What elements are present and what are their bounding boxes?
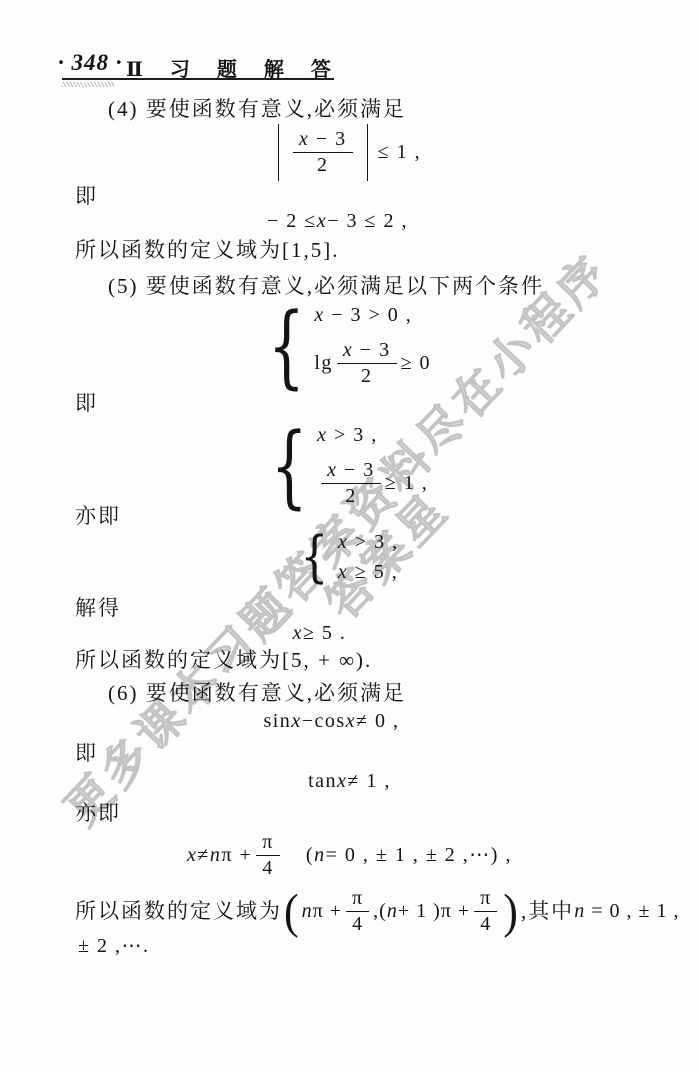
pi-plus: π +: [221, 843, 252, 868]
connector-ji-2: 即: [75, 390, 98, 416]
ineq-post: − 3 ≤ 2 ,: [327, 209, 408, 234]
denominator: 4: [346, 911, 369, 937]
formula-tan: tan x ≠ 1 ,: [0, 769, 699, 794]
formula-abs-inequality: x − 3 2 ≤ 1 ,: [0, 124, 699, 181]
row-rest: ≥ 1 ,: [385, 471, 428, 496]
section5-intro: (5) 要使函数有意义,必须满足以下两个条件: [108, 273, 544, 299]
section6-conclusion: 所以函数的定义域为 ( n π + π 4 , ( n + 1 ) π + π …: [75, 886, 679, 937]
pi-plus: π +: [313, 899, 342, 924]
conclusion-mid: ,其中: [521, 898, 574, 924]
row-rest: ≥ 0: [401, 351, 431, 376]
formula-rest: ≠ 1 ,: [347, 769, 390, 794]
var-n: n: [302, 899, 313, 924]
formula-unwrapped-inequality: − 2 ≤ x − 3 ≤ 2 ,: [0, 209, 687, 234]
var-x: x: [291, 709, 301, 734]
fraction-pi-over-4: π 4: [256, 830, 280, 881]
row-rest: − 3 > 0 ,: [325, 304, 413, 326]
result-rest: ≥ 5 .: [303, 621, 346, 646]
denominator: 4: [256, 855, 280, 881]
left-brace: {: [268, 301, 306, 391]
var-n: n: [387, 899, 398, 924]
big-right-paren: ): [503, 887, 519, 935]
fn-sin: sin: [263, 709, 291, 734]
cond-rest: = 0 , ± 1 , ± 2 ,⋯) ,: [326, 843, 512, 868]
var-n: n: [314, 843, 326, 868]
system1-row1: x − 3 > 0 ,: [314, 303, 412, 328]
denominator: 2: [321, 483, 381, 509]
var-x: x: [314, 304, 324, 326]
formula-result: x ≥ 5 .: [0, 621, 669, 646]
var-x: x: [343, 339, 353, 361]
big-left-paren: (: [284, 887, 300, 935]
numerator: π: [346, 886, 369, 911]
num-rest: − 3: [309, 128, 346, 150]
header-rule: [62, 78, 334, 80]
system2-row1: x > 3 ,: [317, 423, 378, 448]
row-rest: > 3 ,: [328, 424, 378, 446]
fn-lg: lg: [314, 351, 333, 376]
absolute-value-bars: x − 3 2: [278, 124, 368, 181]
var-x: x: [293, 621, 303, 646]
fraction-x-minus-3-over-2: x − 3 2: [337, 338, 397, 389]
var-x: x: [187, 843, 197, 868]
op-minus: −: [302, 709, 315, 734]
connector-yiji-2: 亦即: [75, 800, 121, 826]
connector-yiji-1: 亦即: [75, 503, 121, 529]
denominator: 2: [293, 152, 353, 178]
left-brace: {: [300, 530, 330, 585]
system-1: { x − 3 > 0 , lg x − 3 2 ≥ 0: [0, 303, 699, 389]
fraction-pi-over-4: π 4: [346, 886, 369, 937]
var-n: n: [210, 843, 222, 868]
pi-plus: π +: [441, 899, 470, 924]
fraction-x-minus-3-over-2: x − 3 2: [293, 127, 353, 178]
section6-tail: ± 2 ,⋯.: [78, 934, 149, 959]
num-rest: − 3: [338, 459, 375, 481]
system-3: { x > 3 , x ≥ 5 ,: [0, 530, 699, 585]
system2-row2: x − 3 2 ≥ 1 ,: [317, 458, 428, 509]
var-x: x: [317, 424, 327, 446]
fn-cos: cos: [314, 709, 345, 734]
inner-left-paren: (: [379, 899, 387, 924]
denominator: 4: [474, 911, 497, 937]
var-x: x: [299, 128, 309, 150]
var-x: x: [327, 459, 337, 481]
book-page: 更多课本习题答案资料尽在小程序 答案星 · 348 · Ⅱ 习 题 解 答 (4…: [0, 0, 699, 1072]
interval-content: n π + π 4 , ( n + 1 ) π + π 4: [302, 886, 502, 937]
var-x: x: [346, 709, 356, 734]
numerator: π: [256, 830, 280, 855]
page-number: · 348 ·: [58, 50, 123, 76]
system3-row1: x > 3 ,: [338, 530, 399, 555]
numerator: π: [474, 886, 497, 911]
system-2: { x > 3 , x − 3 2 ≥ 1 ,: [0, 423, 699, 509]
formula-x-neq-npi: x ≠ n π + π 4 ( n = 0 , ± 1 , ± 2 ,⋯) ,: [0, 830, 699, 881]
fraction-pi-over-4: π 4: [474, 886, 497, 937]
connector-ji-1: 即: [75, 183, 98, 209]
connector-jiede: 解得: [75, 595, 121, 621]
row-rest: ≥ 5 ,: [348, 561, 398, 583]
var-x: x: [338, 561, 348, 583]
ineq-pre: − 2 ≤: [267, 209, 317, 234]
conclusion-tail: = 0 , ± 1 ,: [585, 900, 679, 922]
var-x: x: [317, 209, 327, 234]
connector-ji-3: 即: [75, 740, 98, 766]
var-n: n: [574, 900, 585, 922]
section5-conclusion: 所以函数的定义域为[5, + ∞).: [75, 647, 372, 673]
section4-intro: (4) 要使函数有意义,必须满足: [108, 96, 406, 122]
header-smudge: [62, 82, 114, 87]
fn-tan: tan: [308, 769, 337, 794]
conclusion-pre: 所以函数的定义域为: [75, 898, 282, 924]
formula-rest: ≠ 0 ,: [356, 709, 399, 734]
section6-intro: (6) 要使函数有意义,必须满足: [108, 680, 406, 706]
section4-conclusion: 所以函数的定义域为[1,5].: [75, 237, 340, 263]
system3-row2: x ≥ 5 ,: [338, 560, 398, 585]
var-x: x: [337, 769, 347, 794]
fraction-x-minus-3-over-2: x − 3 2: [321, 458, 381, 509]
num-rest: − 3: [353, 339, 390, 361]
relation-rhs: ≤ 1 ,: [378, 140, 421, 165]
row-rest: > 3 ,: [348, 531, 398, 553]
var-x: x: [338, 531, 348, 553]
cond-open: (: [306, 843, 314, 868]
op-neq: ≠: [197, 843, 209, 868]
group-rest: + 1 ): [398, 899, 441, 924]
system1-row2: lg x − 3 2 ≥ 0: [314, 338, 431, 389]
left-brace: {: [271, 421, 309, 511]
denominator: 2: [337, 363, 397, 389]
formula-sin-cos: sin x − cos x ≠ 0 ,: [0, 709, 681, 734]
